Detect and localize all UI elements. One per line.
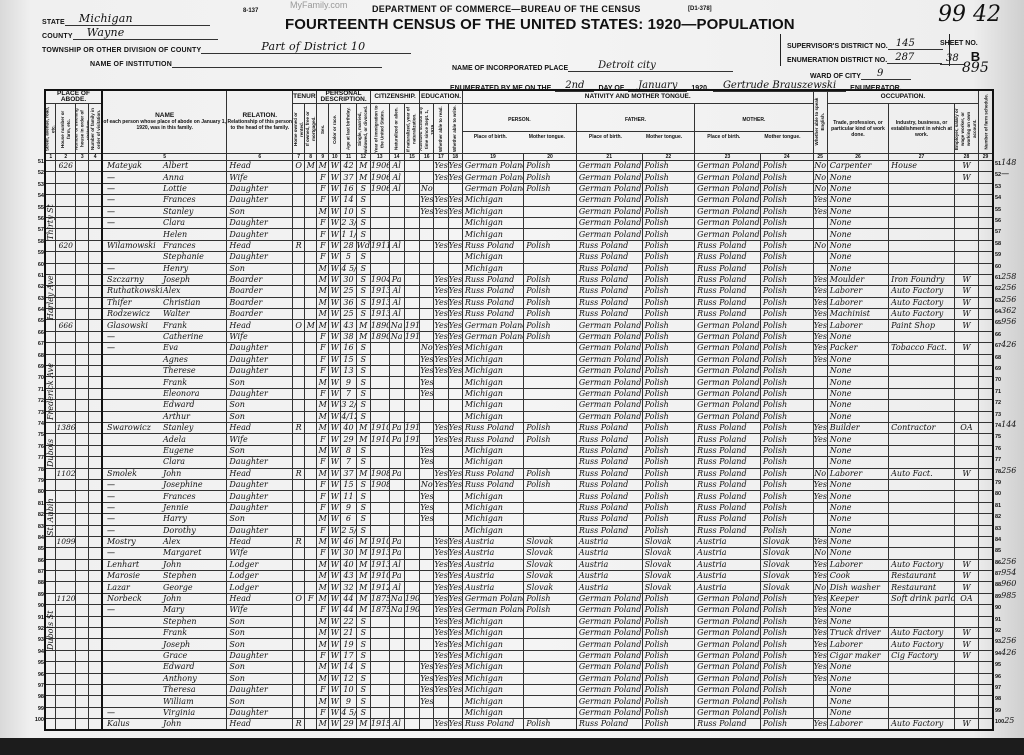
given-name: Eva (163, 343, 178, 352)
dwelling-cell (76, 400, 89, 411)
english-cell: Yes (813, 309, 827, 320)
line-number: 72 (32, 396, 44, 407)
trade-cell: None (827, 217, 888, 228)
family-cell (89, 514, 102, 525)
birthplace-cell: Michigan (462, 343, 523, 354)
age-cell: 2 5/12 (341, 525, 356, 536)
enumeration-label: ENUMERATION DISTRICT NO. (787, 57, 887, 64)
tenure-cell (293, 206, 305, 217)
farm-cell (979, 662, 993, 673)
race-cell: W (329, 468, 341, 479)
surname: — (107, 332, 163, 342)
father-birthplace-cell: German Poland (576, 377, 642, 388)
immigration-year-cell: 1875 (370, 605, 389, 616)
line-number: 77 (995, 457, 1001, 463)
race-cell: W (329, 183, 341, 194)
relation-cell: Daughter (227, 183, 293, 194)
mother-mother-tongue-cell: Polish (760, 673, 813, 684)
school-cell (420, 400, 434, 411)
sex-cell: F (317, 252, 329, 263)
mother-tongue-cell: Polish (524, 240, 577, 251)
race-cell: W (329, 263, 341, 274)
line-number-right: 86256 (995, 556, 1024, 567)
naturalized-cell: Al (389, 297, 404, 308)
race-cell: W (329, 366, 341, 377)
industry-cell (889, 696, 955, 707)
english-cell: Yes (813, 320, 827, 331)
line-number: 92 (32, 624, 44, 635)
industry-cell (889, 662, 955, 673)
relation-cell: Lodger (227, 571, 293, 582)
mother-tongue-cell (524, 217, 577, 228)
industry-cell (889, 684, 955, 695)
birthplace-cell: German Poland (462, 172, 523, 183)
naturalization-year-cell (404, 719, 419, 731)
mother-mother-tongue-cell: Polish (760, 274, 813, 285)
line-number-right: 72 (995, 396, 1024, 407)
header-street: Street, avenue, road, etc. (45, 104, 56, 154)
naturalized-cell (389, 217, 404, 228)
table-row: GraceDaughterFW17SYesYesMichiganGerman P… (45, 650, 993, 661)
surname: — (107, 605, 163, 615)
mortgage-cell (305, 274, 317, 285)
line-number-right: 61258 (995, 271, 1024, 282)
naturalization-year-cell (404, 217, 419, 228)
name-cell: Anthony (102, 673, 227, 684)
father-tongue-cell: Polish (642, 411, 695, 422)
given-name: Mary (163, 605, 184, 614)
english-cell (813, 377, 827, 388)
marital-cell: S (356, 502, 370, 513)
employer-cell (954, 240, 978, 251)
employer-cell (954, 195, 978, 206)
farm-cell (979, 434, 993, 445)
birthplace-cell: Michigan (462, 445, 523, 456)
dwelling-cell (76, 491, 89, 502)
line-number-right: 74144 (995, 419, 1024, 430)
age-cell: 17 (341, 650, 356, 661)
dwelling-cell (76, 217, 89, 228)
father-birthplace-cell: German Poland (576, 662, 642, 673)
occupation-code: 256 (1001, 283, 1016, 292)
father-tongue-cell: Polish (642, 628, 695, 639)
father-tongue-cell: Polish (642, 366, 695, 377)
header-read: Whether able to read. (434, 104, 448, 154)
supervisor-label: SUPERVISOR'S DISTRICT NO. (787, 43, 888, 50)
relation-cell: Lodger (227, 582, 293, 593)
read-cell (434, 696, 448, 707)
naturalized-cell (389, 206, 404, 217)
trade-cell: None (827, 479, 888, 490)
line-number: 60 (32, 260, 44, 271)
farm-cell (979, 582, 993, 593)
father-tongue-cell: Polish (642, 183, 695, 194)
relation-cell: Daughter (227, 195, 293, 206)
mother-tongue-cell (524, 229, 577, 240)
mother-tongue-cell (524, 366, 577, 377)
header-dwelling-number: Number of dwelling house in order of vis… (76, 104, 89, 154)
family-cell (89, 559, 102, 570)
mother-birthplace-cell: German Poland (695, 593, 761, 604)
county-value: Wayne (73, 27, 218, 40)
employer-cell (954, 548, 978, 559)
line-number: 72 (995, 400, 1001, 406)
column-number: 29 (979, 154, 993, 161)
surname: — (107, 708, 163, 718)
family-cell (89, 525, 102, 536)
school-cell (420, 434, 434, 445)
stamp-side-number: 895 (962, 60, 989, 76)
marital-cell: S (356, 411, 370, 422)
tenure-cell (293, 548, 305, 559)
line-number-right: 98 (995, 692, 1024, 703)
mother-tongue-cell (524, 662, 577, 673)
english-cell: No (813, 582, 827, 593)
race-cell: W (329, 491, 341, 502)
employer-cell: W (954, 582, 978, 593)
naturalization-year-cell (404, 491, 419, 502)
english-cell: Yes (813, 662, 827, 673)
read-cell (434, 445, 448, 456)
name-cell: Frank (102, 628, 227, 639)
surname: — (107, 480, 163, 490)
age-cell: 12 (341, 673, 356, 684)
line-number: 54 (995, 195, 1001, 201)
name-cell: SwarowiczStanley (102, 422, 227, 433)
table-row: —VirginiaDaughterFW4 5/12SMichiganGerman… (45, 707, 993, 718)
dwelling-cell (76, 525, 89, 536)
mortgage-cell (305, 468, 317, 479)
father-tongue-cell: Polish (642, 172, 695, 183)
family-cell (89, 616, 102, 627)
house-number-cell: 620 (56, 240, 76, 251)
house-number-cell (56, 445, 76, 456)
birthplace-cell: Michigan (462, 366, 523, 377)
line-number-right: 71 (995, 385, 1024, 396)
marital-cell: M (356, 559, 370, 570)
mother-birthplace-cell: German Poland (695, 206, 761, 217)
street-cell (45, 536, 56, 547)
dwelling-cell (76, 593, 89, 604)
birthplace-cell: Russ Poland (462, 434, 523, 445)
english-cell: Yes (813, 616, 827, 627)
age-cell: 6 (341, 514, 356, 525)
name-cell: ThiferChristian (102, 297, 227, 308)
naturalized-cell (389, 377, 404, 388)
table-row: EugeneSonMW8SYesMichiganRuss PolandPolis… (45, 445, 993, 456)
read-cell: Yes (434, 320, 448, 331)
given-name: Clara (163, 457, 185, 466)
race-cell: W (329, 411, 341, 422)
family-cell (89, 491, 102, 502)
naturalization-year-cell (404, 240, 419, 251)
race-cell: W (329, 434, 341, 445)
farm-cell (979, 548, 993, 559)
industry-cell: Auto Factory (889, 309, 955, 320)
house-number-cell (56, 514, 76, 525)
english-cell: Yes (813, 673, 827, 684)
school-cell: Yes (420, 206, 434, 217)
family-cell (89, 468, 102, 479)
birthplace-cell: Michigan (462, 616, 523, 627)
name-cell: —Anna (102, 172, 227, 183)
mother-mother-tongue-cell: Polish (760, 696, 813, 707)
mother-birthplace-cell: Russ Poland (695, 491, 761, 502)
column-number: 3 (76, 154, 89, 161)
farm-cell (979, 536, 993, 547)
write-cell (448, 377, 462, 388)
house-number-cell (56, 457, 76, 468)
mother-tongue-cell: Polish (524, 320, 577, 331)
race-cell: W (329, 673, 341, 684)
employer-cell (954, 502, 978, 513)
line-number-right: 99 (995, 704, 1024, 715)
father-birthplace-cell: German Poland (576, 343, 642, 354)
marital-cell: S (356, 183, 370, 194)
farm-cell (979, 650, 993, 661)
father-tongue-cell: Polish (642, 662, 695, 673)
father-tongue-cell: Polish (642, 514, 695, 525)
house-number-cell (56, 172, 76, 183)
given-name: John (163, 469, 181, 478)
mother-mother-tongue-cell: Polish (760, 309, 813, 320)
mother-mother-tongue-cell: Polish (760, 422, 813, 433)
sex-cell: M (317, 263, 329, 274)
tenure-cell (293, 650, 305, 661)
relation-cell: Daughter (227, 217, 293, 228)
table-row: EdwardSonMW14SYesYesYesMichiganGerman Po… (45, 662, 993, 673)
mortgage-cell (305, 354, 317, 365)
school-cell (420, 536, 434, 547)
naturalization-year-cell (404, 650, 419, 661)
father-birthplace-cell: German Poland (576, 639, 642, 650)
table-row: ArthurSonMW4/12SMichiganGerman PolandPol… (45, 411, 993, 422)
mother-birthplace-cell: Russ Poland (695, 297, 761, 308)
mother-birthplace-cell: German Poland (695, 411, 761, 422)
school-cell: Yes (420, 673, 434, 684)
line-number: 54 (32, 191, 44, 202)
line-number: 66 (32, 328, 44, 339)
given-name: John (163, 560, 181, 569)
race-cell: W (329, 388, 341, 399)
line-number: 74 (32, 419, 44, 430)
line-number: 98 (32, 692, 44, 703)
mother-tongue-label: Mother tongue. (764, 134, 800, 140)
write-cell: Yes (448, 468, 462, 479)
sex-cell: M (317, 514, 329, 525)
line-number: 62 (32, 282, 44, 293)
age-cell: 2 3/12 (341, 217, 356, 228)
line-number: 99 (995, 708, 1001, 714)
header-tenure: TENURE. (293, 90, 317, 104)
birthplace-cell: Russ Poland (462, 309, 523, 320)
race-cell: W (329, 525, 341, 536)
occupation-code: 426 (1001, 340, 1016, 349)
mother-birthplace-cell: Austria (695, 571, 761, 582)
write-cell: Yes (448, 161, 462, 172)
age-cell: 37 (341, 468, 356, 479)
birthplace-cell: Russ Poland (462, 274, 523, 285)
line-number: 60 (995, 264, 1001, 270)
farm-cell (979, 263, 993, 274)
father-birthplace-cell: German Poland (576, 411, 642, 422)
english-cell: Yes (813, 206, 827, 217)
name-cell: MarosieStephen (102, 571, 227, 582)
mother-mother-tongue-cell: Polish (760, 388, 813, 399)
relation-cell: Head (227, 240, 293, 251)
marital-cell: S (356, 377, 370, 388)
birthplace-cell: Russ Poland (462, 286, 523, 297)
age-cell: 9 (341, 377, 356, 388)
father-tongue-cell: Slovak (642, 559, 695, 570)
birthplace-cell: German Poland (462, 593, 523, 604)
naturalized-cell: Na (389, 320, 404, 331)
age-cell: 16 (341, 183, 356, 194)
naturalization-year-cell: 1900 (404, 605, 419, 616)
immigration-year-cell: 1913 (370, 297, 389, 308)
age-cell: 16 (341, 343, 356, 354)
name-cell: RuthatkowskiAlex (102, 286, 227, 297)
english-cell: Yes (813, 491, 827, 502)
father-tongue-cell: Polish (642, 263, 695, 274)
mother-birthplace-cell: Russ Poland (695, 252, 761, 263)
read-cell (434, 252, 448, 263)
read-cell: Yes (434, 195, 448, 206)
trade-cell: None (827, 388, 888, 399)
relation-cell: Daughter (227, 388, 293, 399)
given-name: Henry (163, 264, 188, 273)
father-tongue-cell: Slovak (642, 536, 695, 547)
sex-cell: F (317, 684, 329, 695)
dwelling-cell (76, 479, 89, 490)
mother-tongue-cell: Slovak (524, 536, 577, 547)
line-number-right: 67426 (995, 339, 1024, 350)
mortgage-cell (305, 662, 317, 673)
name-cell: Eleonora (102, 388, 227, 399)
farm-cell (979, 320, 993, 331)
industry-cell (889, 491, 955, 502)
trade-cell: None (827, 684, 888, 695)
write-cell: Yes (448, 605, 462, 616)
mortgage-cell (305, 172, 317, 183)
race-cell: W (329, 696, 341, 707)
immigration-year-cell (370, 628, 389, 639)
line-number: 97 (995, 685, 1001, 691)
read-cell: Yes (434, 673, 448, 684)
street-label: Thirty St (46, 160, 55, 240)
surname: — (107, 503, 163, 513)
mother-tongue-cell (524, 206, 577, 217)
industry-cell: Restaurant (889, 582, 955, 593)
english-cell: No (813, 240, 827, 251)
marital-cell: M (356, 320, 370, 331)
immigration-year-cell (370, 491, 389, 502)
mother-birthplace-cell: German Poland (695, 343, 761, 354)
race-cell: W (329, 559, 341, 570)
column-number: 15 (404, 154, 419, 161)
name-cell: —Margaret (102, 548, 227, 559)
employer-cell (954, 707, 978, 718)
naturalization-year-cell (404, 195, 419, 206)
mother-birthplace-cell: Russ Poland (695, 434, 761, 445)
age-cell: 36 (341, 297, 356, 308)
write-cell (448, 252, 462, 263)
line-number: 85 (32, 544, 44, 555)
read-cell: Yes (434, 662, 448, 673)
sex-cell: M (317, 320, 329, 331)
tenure-cell (293, 707, 305, 718)
father-birthplace-cell: Russ Poland (576, 297, 642, 308)
read-cell (434, 388, 448, 399)
relation-cell: Son (227, 411, 293, 422)
naturalized-cell (389, 673, 404, 684)
immigration-year-cell: 1875 (370, 593, 389, 604)
write-cell (448, 525, 462, 536)
surname: — (107, 207, 163, 217)
house-number-cell: 1120 (56, 593, 76, 604)
mother-birthplace-cell: German Poland (695, 400, 761, 411)
school-cell (420, 263, 434, 274)
line-number-right: 82 (995, 510, 1024, 521)
employer-cell: W (954, 343, 978, 354)
mortgage-cell (305, 696, 317, 707)
mother-tongue-cell (524, 673, 577, 684)
father-birthplace-cell: Russ Poland (576, 422, 642, 433)
family-cell (89, 502, 102, 513)
line-number: 70 (32, 373, 44, 384)
father-birthplace-cell: German Poland (576, 195, 642, 206)
naturalization-year-cell (404, 206, 419, 217)
state-label: STATE (42, 19, 65, 26)
given-name: Clara (163, 218, 185, 227)
sex-cell: F (317, 229, 329, 240)
name-cell: GlasowskiFrank (102, 320, 227, 331)
naturalized-cell: Al (389, 172, 404, 183)
mortgage-cell (305, 400, 317, 411)
industry-cell: Iron Foundry (889, 274, 955, 285)
mother-tongue-cell (524, 639, 577, 650)
marital-cell: S (356, 217, 370, 228)
header-marital: Single, married, widowed, or divorced. (356, 104, 370, 154)
table-row: 626MateyakAlbertHeadOMMW42M1906AlYesYesG… (45, 161, 993, 172)
given-name: George (163, 583, 193, 592)
race-cell: W (329, 536, 341, 547)
given-name: Eleonora (163, 389, 200, 398)
given-name: Therese (163, 366, 196, 375)
column-number: 19 (462, 154, 523, 161)
mother-title: MOTHER. (695, 117, 812, 123)
age-cell: 30 (341, 274, 356, 285)
column-number: 9 (317, 154, 329, 161)
line-number-right: 55 (995, 203, 1024, 214)
father-tongue-cell: Slovak (642, 548, 695, 559)
surname: — (107, 195, 163, 205)
birthplace-cell: Russ Poland (462, 240, 523, 251)
house-number-cell (56, 217, 76, 228)
given-name: Edward (163, 662, 195, 671)
mother-pob-label: Place of birth. (707, 134, 740, 140)
dwelling-cell (76, 161, 89, 172)
name-cell: —Virginia (102, 707, 227, 718)
naturalization-year-cell (404, 696, 419, 707)
house-number-cell (56, 696, 76, 707)
township-label: TOWNSHIP OR OTHER DIVISION OF COUNTY (42, 47, 201, 54)
naturalized-cell (389, 354, 404, 365)
employer-cell: W (954, 297, 978, 308)
surname: Mateyak (107, 161, 163, 171)
industry-cell (889, 366, 955, 377)
write-cell (448, 217, 462, 228)
